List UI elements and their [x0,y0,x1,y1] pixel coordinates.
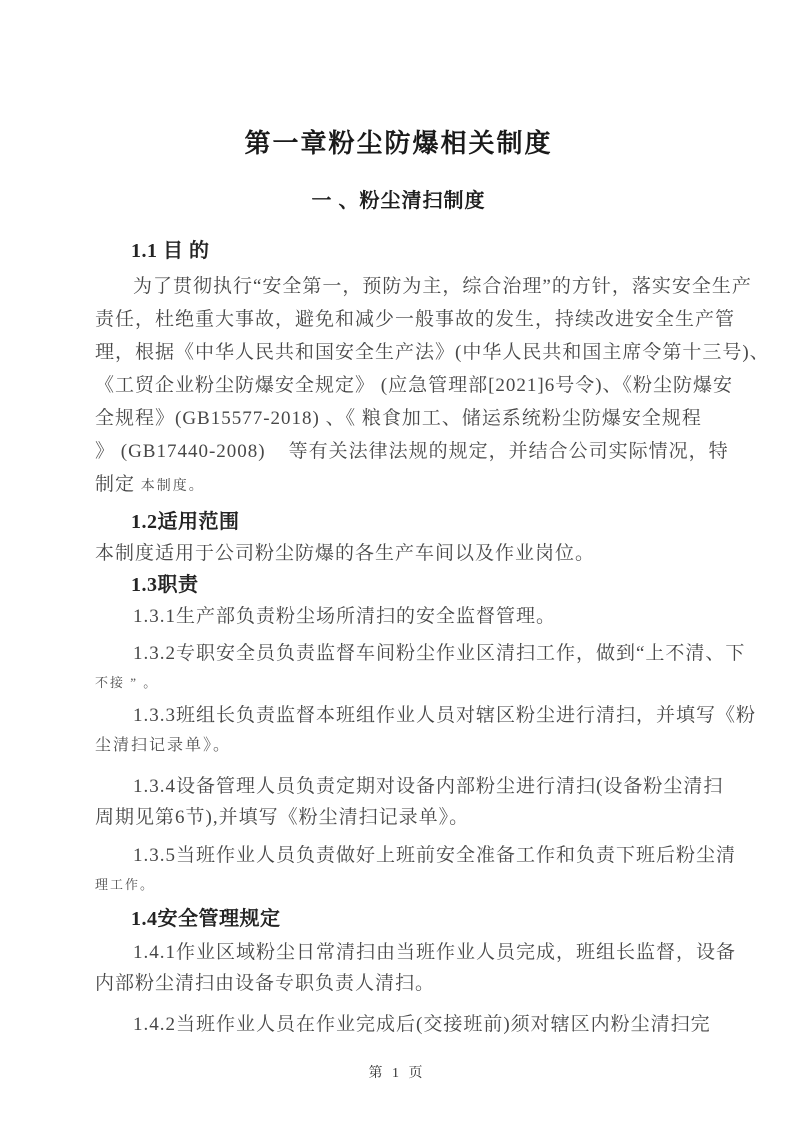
text-line: 尘清扫记录单》。 [95,732,702,760]
heading-1-4: 1.4安全管理规定 [95,904,702,934]
text-run: 1.3.2专职安全员负责监督车间粉尘作业区清扫工作，做到“上不清、下 [133,643,745,664]
text-line: 周期见第6节),并填写《粉尘清扫记录单》。 [95,803,702,833]
heading-1-1: 1.1 目 的 [95,236,702,266]
heading-1-2: 1.2适用范围 [95,507,702,537]
text-run: 制定 [95,474,141,495]
text-run: 1.3.3班组长负责监督本班组作业人员对辖区粉尘进行清扫，并填写《粉 [133,705,756,726]
para-1-4-2: 1.4.2当班作业人员在作业完成后(交接班前)须对辖区内粉尘清扫完 [95,1008,702,1041]
text-run: 全规程》(GB15577-2018) 、《 粮食加工、储运系统粉尘防爆安全规程 [95,408,702,429]
text-line: 不接 ” 。 [95,670,702,696]
section-title: 一 、粉尘清扫制度 [95,186,702,216]
text-line: 1.3.2专职安全员负责监督车间粉尘作业区清扫工作，做到“上不清、下 [95,637,702,670]
page-number: 第 1 页 [0,1062,794,1086]
text-line: 1.3.4设备管理人员负责定期对设备内部粉尘进行清扫(设备粉尘清扫 [95,770,702,803]
text-line: 全规程》(GB15577-2018) 、《 粮食加工、储运系统粉尘防爆安全规程 [95,402,702,435]
document-page: 第一章粉尘防爆相关制度一 、粉尘清扫制度1.1 目 的为了贯彻执行“安全第一，预… [0,0,794,1122]
text-line: 制定 本制度。 [95,468,702,503]
para-1-3-3: 1.3.3班组长负责监督本班组作业人员对辖区粉尘进行清扫，并填写《粉尘清扫记录单… [95,699,702,760]
para-1-4-1: 1.4.1作业区域粉尘日常清扫由当班作业人员完成，班组长监督，设备内部粉尘清扫由… [95,936,702,999]
text-run: 本制度。 [141,479,205,494]
text-line: 1.3.5当班作业人员负责做好上班前安全准备工作和负责下班后粉尘清 [95,839,702,872]
text-run: 1.4.2当班作业人员在作业完成后(交接班前)须对辖区内粉尘清扫完 [133,1014,711,1035]
text-run: 内部粉尘清扫由设备专职负责人清扫。 [95,973,435,994]
text-run: 不接 ” 。 [95,675,158,690]
text-run: 1.4.1作业区域粉尘日常清扫由当班作业人员完成，班组长监督，设备 [133,942,736,963]
text-run: 《工贸企业粉尘防爆安全规定》 (应急管理部[2021]6号令)、《粉尘防爆安 [95,375,733,396]
para-purpose: 为了贯彻执行“安全第一，预防为主，综合治理”的方针，落实安全生产责任，杜绝重大事… [95,270,702,503]
text-run: 》 (GB17440-2008) 等有关法律法规的规定，并结合公司实际情况，特 [95,441,729,462]
text-run: 尘清扫记录单》。 [95,737,231,754]
text-run: 理工作。 [95,877,155,892]
text-run: 1.3.4设备管理人员负责定期对设备内部粉尘进行清扫(设备粉尘清扫 [133,776,723,797]
para-1-3-1: 1.3.1生产部负责粉尘场所清扫的安全监督管理。 [95,600,702,633]
para-scope: 本制度适用于公司粉尘防爆的各生产车间以及作业岗位。 [95,537,702,570]
text-line: 1.4.1作业区域粉尘日常清扫由当班作业人员完成，班组长监督，设备 [95,936,702,969]
text-line: 1.3.1生产部负责粉尘场所清扫的安全监督管理。 [95,600,702,633]
text-line: 理工作。 [95,872,702,898]
text-run: 本制度适用于公司粉尘防爆的各生产车间以及作业岗位。 [95,543,595,564]
para-1-3-5: 1.3.5当班作业人员负责做好上班前安全准备工作和负责下班后粉尘清理工作。 [95,839,702,898]
text-line: 为了贯彻执行“安全第一，预防为主，综合治理”的方针，落实安全生产 [95,270,702,303]
text-line: 内部粉尘清扫由设备专职负责人清扫。 [95,969,702,999]
text-run: 1.3.1生产部负责粉尘场所清扫的安全监督管理。 [133,606,556,627]
text-line: 理，根据《中华人民共和国安全生产法》(中华人民共和国主席令第十三号)、 [95,336,702,369]
para-1-3-2: 1.3.2专职安全员负责监督车间粉尘作业区清扫工作，做到“上不清、下不接 ” 。 [95,637,702,696]
text-line: 1.3.3班组长负责监督本班组作业人员对辖区粉尘进行清扫，并填写《粉 [95,699,702,732]
text-line: 《工贸企业粉尘防爆安全规定》 (应急管理部[2021]6号令)、《粉尘防爆安 [95,369,702,402]
text-line: 》 (GB17440-2008) 等有关法律法规的规定，并结合公司实际情况，特 [95,435,702,468]
para-1-3-4: 1.3.4设备管理人员负责定期对设备内部粉尘进行清扫(设备粉尘清扫周期见第6节)… [95,770,702,833]
document-body: 第一章粉尘防爆相关制度一 、粉尘清扫制度1.1 目 的为了贯彻执行“安全第一，预… [95,124,702,1041]
text-line: 1.4.2当班作业人员在作业完成后(交接班前)须对辖区内粉尘清扫完 [95,1008,702,1041]
text-run: 周期见第6节),并填写《粉尘清扫记录单》。 [95,807,469,828]
text-run: 理，根据《中华人民共和国安全生产法》(中华人民共和国主席令第十三号)、 [95,342,770,363]
chapter-title: 第一章粉尘防爆相关制度 [95,124,702,164]
text-run: 1.3.5当班作业人员负责做好上班前安全准备工作和负责下班后粉尘清 [133,845,736,866]
text-line: 责任，杜绝重大事故，避免和减少一般事故的发生，持续改进安全生产管 [95,303,702,336]
heading-1-3: 1.3职责 [95,570,702,600]
text-line: 本制度适用于公司粉尘防爆的各生产车间以及作业岗位。 [95,537,702,570]
text-run: 为了贯彻执行“安全第一，预防为主，综合治理”的方针，落实安全生产 [133,276,752,297]
text-run: 责任，杜绝重大事故，避免和减少一般事故的发生，持续改进安全生产管 [95,309,735,330]
